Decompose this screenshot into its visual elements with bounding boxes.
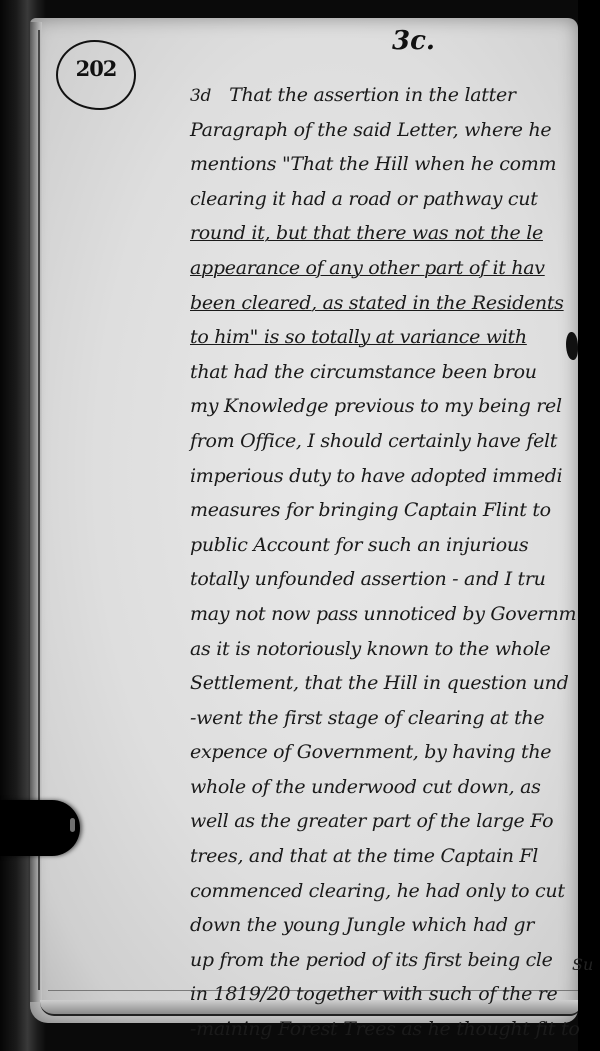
- text-line: as it is notoriously known to the whole: [190, 632, 590, 667]
- text-line: public Account for such an injurious: [190, 528, 590, 563]
- catchword: Su: [572, 955, 593, 974]
- text-line: in 1819/20 together with such of the re: [190, 977, 590, 1012]
- text-line: totally unfounded assertion - and I tru: [190, 562, 590, 597]
- paragraph-marker: 3d: [190, 86, 211, 106]
- text-line: imperious duty to have adopted immedi: [190, 459, 590, 494]
- text-line: whole of the underwood cut down, as: [190, 770, 590, 805]
- text-line-underlined: round it, but that there was not the le: [190, 216, 590, 251]
- text-line: commenced clearing, he had only to cut: [190, 874, 590, 909]
- text-line: -maining Forest Trees as he thought fit …: [190, 1012, 590, 1047]
- text-line: 3dThat the assertion in the latter: [190, 78, 590, 113]
- text-line: may not now pass unnoticed by Governm: [190, 597, 590, 632]
- manuscript-text: 3dThat the assertion in the latter Parag…: [190, 78, 590, 1047]
- header-mark: 3c.: [392, 26, 435, 56]
- text-line-underlined: been cleared, as stated in the Residents: [190, 286, 590, 321]
- text-line: down the young Jungle which had gr: [190, 908, 590, 943]
- text-line: up from the period of its first being cl…: [190, 943, 590, 978]
- ink-blot: [566, 332, 578, 360]
- clip-highlight: [70, 818, 75, 832]
- text-line: trees, and that at the time Captain Fl: [190, 839, 590, 874]
- folio-number: 202: [68, 56, 124, 81]
- text-line: my Knowledge previous to my being rel: [190, 389, 590, 424]
- binding-clip-icon: [0, 800, 80, 856]
- text-line: expence of Government, by having the: [190, 735, 590, 770]
- text-line: clearing it had a road or pathway cut: [190, 182, 590, 217]
- text-line: that had the circumstance been brou: [190, 355, 590, 390]
- text-line-underlined: to him" is so totally at variance with: [190, 320, 590, 355]
- text-line: well as the greater part of the large Fo: [190, 804, 590, 839]
- text-line: from Office, I should certainly have fel…: [190, 424, 590, 459]
- text-line: Settlement, that the Hill in question un…: [190, 666, 590, 701]
- text-line: measures for bringing Captain Flint to: [190, 493, 590, 528]
- text-line: -went the first stage of clearing at the: [190, 701, 590, 736]
- text-line-underlined: appearance of any other part of it hav: [190, 251, 590, 286]
- text-line: Paragraph of the said Letter, where he: [190, 113, 590, 148]
- text-line: mentions "That the Hill when he comm: [190, 147, 590, 182]
